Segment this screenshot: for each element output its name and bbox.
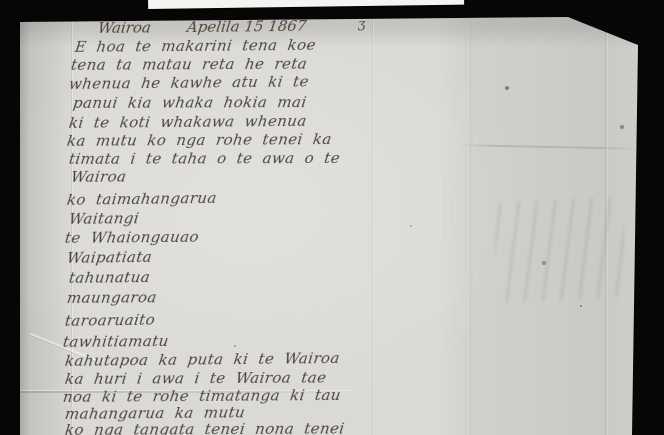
- crease-horizontal-right: [460, 144, 640, 150]
- handwritten-line: ko taimahangarua: [66, 191, 218, 208]
- handwritten-line: kahutapoa ka puta ki te Wairoa: [64, 351, 341, 369]
- handwritten-line: ka huri i awa i te Wairoa tae: [64, 371, 327, 387]
- handwritten-line: ko nga tangata tenei nona tenei: [64, 422, 346, 435]
- handwritten-line: ki te koti whakawa whenua: [68, 114, 308, 131]
- margin-mark: ʒ: [358, 17, 365, 32]
- handwritten-line: whenua he kawhe atu ki te: [68, 74, 310, 92]
- ink-bleed-ghost: [492, 197, 627, 304]
- ink-specks: [20, 0, 22, 2]
- handwritten-line: timata i te taha o te awa o te: [68, 151, 341, 167]
- top-sheet-edge: [148, 0, 464, 9]
- crease-vertical-1: [372, 20, 373, 435]
- handwritten-line: Waipatiata: [66, 250, 153, 266]
- scan-background: WairoaApelila 15 1867 ʒ E hoa te makarin…: [0, 0, 664, 435]
- manuscript-page: WairoaApelila 15 1867 ʒ E hoa te makarin…: [20, 0, 640, 435]
- handwritten-line: te Whaiongauao: [64, 230, 200, 246]
- handwritten-line: Waitangi: [68, 211, 140, 227]
- handwritten-line: ka mutu ko nga rohe tenei ka: [66, 132, 333, 149]
- handwritten-line: panui kia whaka hokia mai: [72, 95, 308, 111]
- letter-date: Apelila 15 1867: [186, 17, 308, 36]
- handwritten-line: noa ki te rohe timatanga ki tau: [62, 388, 342, 405]
- handwritten-line: tena ta matau reta he reta: [70, 57, 308, 73]
- handwritten-line: E hoa te makarini tena koe: [74, 38, 317, 55]
- letter-header: WairoaApelila 15 1867: [97, 17, 308, 37]
- handwritten-line: Wairoa: [70, 170, 127, 185]
- crease-vertical-3: [605, 30, 608, 435]
- handwritten-line: tahunatua: [68, 270, 151, 286]
- crease-vertical-2: [470, 20, 471, 435]
- handwritten-line: tawhitiamatu: [62, 334, 170, 350]
- handwritten-line: maungaroa: [66, 290, 158, 306]
- letter-place: Wairoa: [97, 19, 152, 38]
- handwritten-line: taroaruaito: [64, 313, 156, 329]
